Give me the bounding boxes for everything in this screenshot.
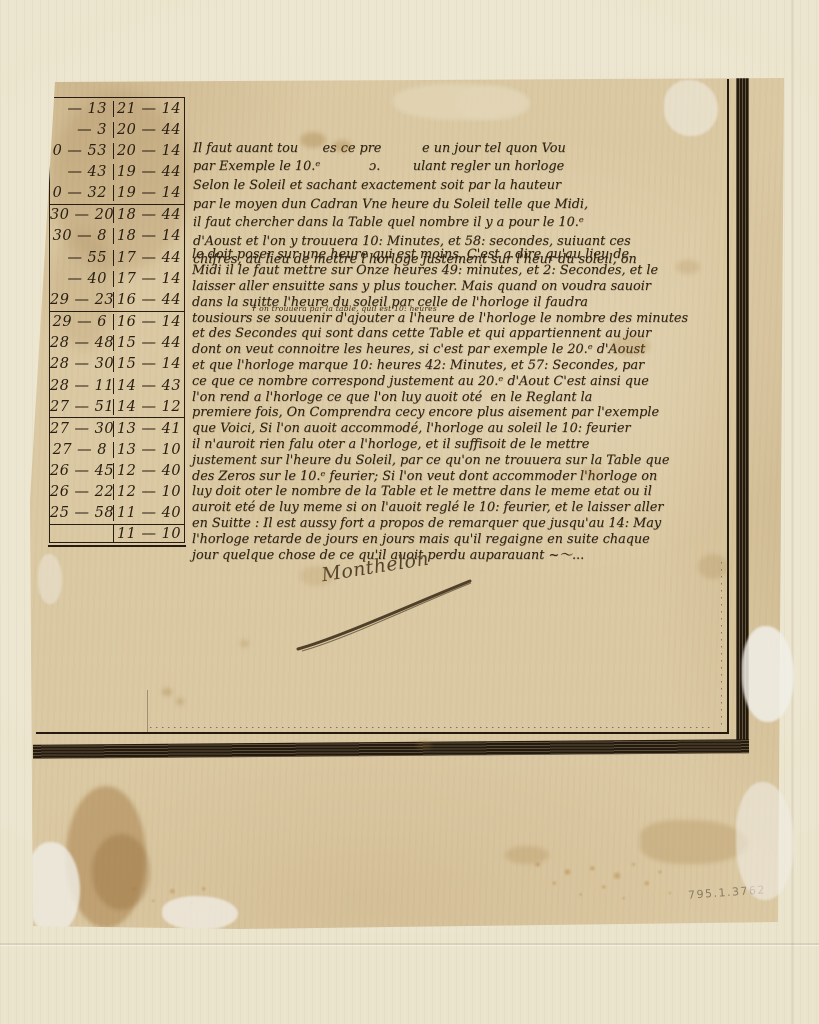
table-group: 30 — 2018 — 4430 — 818 — 14— 5517 — 44— …	[50, 205, 184, 312]
table-cell-right: 20 — 14	[114, 143, 184, 159]
table-cell-left: 30 — 20	[50, 207, 114, 223]
table-row: — 4319 — 44	[50, 161, 184, 182]
table-cell-right: 14 — 12	[114, 399, 184, 415]
table-cell-right: 18 — 14	[114, 228, 184, 244]
manuscript-sheet: — 1321 — 14— 320 — 440 — 5320 — 14— 4319…	[0, 0, 819, 1024]
table-cell-left: 25 — 58	[50, 505, 114, 521]
table-cell-left: 26 — 45	[50, 463, 114, 479]
stain	[610, 336, 650, 356]
table-group: 27 — 3013 — 4127 — 813 — 1026 — 4512 — 4…	[50, 418, 184, 525]
text-line: en Suitte : Il est aussy fort a propos d…	[192, 516, 688, 532]
text-line: Il faut auant tou es ce pre e un jour te…	[193, 140, 637, 159]
repair-patch	[38, 554, 62, 604]
margin-digit: 7	[0, 2, 8, 17]
table-cell-left: 30 — 8	[50, 228, 114, 244]
table-cell-left: 28 — 30	[50, 356, 114, 372]
margin-digit: 7	[0, 2, 8, 17]
table-cell-right: 19 — 14	[114, 185, 184, 201]
text-line: l'on rend a l'horloge ce que l'on luy au…	[192, 390, 688, 406]
table-row: 29 — 616 — 14	[50, 312, 184, 333]
table-cell-right: 11 — 40	[114, 505, 184, 521]
margin-digit: ‚	[0, 2, 4, 17]
table-cell-left: 27 — 8	[50, 442, 114, 458]
text-line: justement sur l'heure du Soleil, par ce …	[192, 453, 688, 469]
table-row: — 320 — 44	[50, 119, 184, 140]
table-row: 28 — 4815 — 44	[50, 333, 184, 354]
table-row: 30 — 2018 — 44	[50, 205, 184, 226]
table-cell-right: 15 — 14	[114, 356, 184, 372]
table-row: 0 — 3219 — 14	[50, 183, 184, 204]
table-cell-right: 13 — 10	[114, 442, 184, 458]
text-line: jour quelque chose de ce qu'il auoit per…	[192, 548, 688, 564]
frame-inner-line-right	[727, 79, 729, 734]
fold-mark	[147, 690, 148, 733]
table-row: 27 — 3013 — 41	[50, 418, 184, 439]
table-cell-right: 12 — 10	[114, 484, 184, 500]
stain	[698, 554, 728, 579]
text-line: et que l'horloge marque 10: heures 42: M…	[192, 358, 688, 374]
text-line: premiere fois, On Comprendra cecy encore…	[192, 405, 688, 421]
table-cell-right: 20 — 44	[114, 122, 184, 138]
table-cell-left: 29 — 23	[50, 292, 114, 308]
repair-patch	[162, 896, 238, 930]
table-row: 28 — 1114 — 43	[50, 375, 184, 396]
abrasion-faded-area	[455, 86, 530, 120]
photographed-manuscript-page: — 1321 — 14— 320 — 440 — 5320 — 14— 4319…	[0, 0, 819, 1024]
text-line: des Zeros sur le 10.ᵉ feurier; Si l'on v…	[192, 469, 688, 485]
table-cell-left: 28 — 48	[50, 335, 114, 351]
repair-patch	[736, 782, 794, 900]
table-row: 27 — 5114 — 12	[50, 396, 184, 417]
frame-outer-line-bottom	[0, 0, 712, 4]
table-cell-left: 27 — 30	[50, 421, 114, 437]
table-cell-right: 17 — 44	[114, 250, 184, 266]
table-cell-left: — 3	[50, 122, 114, 138]
table-cell-left: 29 — 6	[50, 314, 114, 330]
table-cell-right: 18 — 44	[114, 207, 184, 223]
table-cell-right: 17 — 14	[114, 271, 184, 287]
text-line: l'horloge retarde de jours en jours mais…	[192, 532, 688, 548]
table-row: — 5517 — 44	[50, 247, 184, 268]
stain	[300, 566, 334, 586]
repair-patch	[742, 626, 794, 722]
table-cell-left: — 55	[50, 250, 114, 266]
text-line: par Exemple le 10.ᵉ ɔ. ulant regler un h…	[193, 158, 637, 177]
frame-dotted-rule-right	[721, 562, 722, 726]
stain	[416, 740, 432, 750]
margin-digit: ɔ	[0, 2, 7, 17]
stain	[580, 466, 602, 479]
text-line: laisser aller ensuitte sans y plus touch…	[192, 279, 688, 295]
table-cell-right: 14 — 43	[114, 378, 184, 394]
stain	[300, 132, 326, 148]
text-line: que Voici, Si l'on auoit accommodé, l'ho…	[192, 421, 688, 437]
table-cell-right: 15 — 44	[114, 335, 184, 351]
table-row: 29 — 2316 — 44	[50, 289, 184, 310]
table-cell-right: 13 — 41	[114, 421, 184, 437]
table-cell-right: 19 — 44	[114, 164, 184, 180]
repair-patch	[664, 80, 718, 136]
table-cell-right: 11 — 10	[114, 526, 184, 542]
table-row: 28 — 3015 — 14	[50, 354, 184, 375]
table-cell-left: — 40	[50, 271, 114, 287]
table-group: — 1321 — 14— 320 — 440 — 5320 — 14— 4319…	[50, 98, 184, 205]
text-line: ce que ce nombre correspond justement au…	[192, 374, 688, 390]
stain	[505, 846, 549, 864]
table-row: 30 — 818 — 14	[50, 226, 184, 247]
margin-digit: 2	[0, 2, 8, 17]
table-row: 26 — 2212 — 10	[50, 482, 184, 503]
table-row: 27 — 813 — 10	[50, 439, 184, 460]
frame-thick-border-bottom	[33, 739, 749, 759]
text-line: le doit poser sur une heure qui est moin…	[192, 247, 688, 263]
table-cell-left: 0 — 53	[50, 143, 114, 159]
stain	[162, 688, 172, 696]
table-group: 29 — 616 — 1428 — 4815 — 4428 — 3015 — 1…	[50, 312, 184, 419]
mount-crease	[0, 943, 819, 945]
table-cell-right: 16 — 44	[114, 292, 184, 308]
margin-digit: 3	[0, 2, 8, 17]
margin-digit: ſ	[0, 2, 5, 17]
table-cell-right: 16 — 14	[114, 314, 184, 330]
table-row: — 1321 — 14	[50, 98, 184, 119]
table-cell-left	[50, 525, 114, 542]
table-row: 26 — 4512 — 40	[50, 461, 184, 482]
repair-patch	[26, 842, 80, 934]
table-cell-left: 27 — 51	[50, 399, 114, 415]
text-line: Midi il le faut mettre sur Onze heures 4…	[192, 263, 688, 279]
text-line: auroit eté de luy meme si on l'auoit reg…	[192, 500, 688, 516]
table-footer-row: 11 — 10	[50, 525, 184, 542]
table-row: — 4017 — 14	[50, 268, 184, 289]
interline-note: ✝ on trouuera par la table, quil est 10:…	[250, 304, 437, 313]
text-line: il n'auroit rien falu oter a l'horloge, …	[192, 437, 688, 453]
table-cell-left: 0 — 32	[50, 185, 114, 201]
table-row: 0 — 5320 — 14	[50, 140, 184, 161]
stain	[676, 260, 700, 274]
table-row: 25 — 5811 — 40	[50, 503, 184, 524]
text-line: Selon le Soleil et sachant exactement so…	[193, 177, 637, 196]
table-cell-left: — 43	[50, 164, 114, 180]
frame-inner-line-bottom	[36, 732, 729, 734]
table-cell-left: 28 — 11	[50, 378, 114, 394]
stain	[333, 140, 351, 152]
table-cell-right: 12 — 40	[114, 463, 184, 479]
text-line: luy doit oter le nombre de la Table et l…	[192, 484, 688, 500]
mount-crease-vertical	[791, 0, 794, 1024]
conversion-table: — 1321 — 14— 320 — 440 — 5320 — 14— 4319…	[49, 97, 185, 543]
manuscript-text-lower: le doit poser sur une heure qui est moin…	[192, 200, 688, 563]
stain	[240, 640, 249, 647]
table-cell-left: — 13	[50, 101, 114, 117]
table-cell-left: 26 — 22	[50, 484, 114, 500]
stain	[176, 698, 184, 705]
frame-dotted-rule-bottom	[150, 727, 712, 728]
table-cell-right: 21 — 14	[114, 101, 184, 117]
